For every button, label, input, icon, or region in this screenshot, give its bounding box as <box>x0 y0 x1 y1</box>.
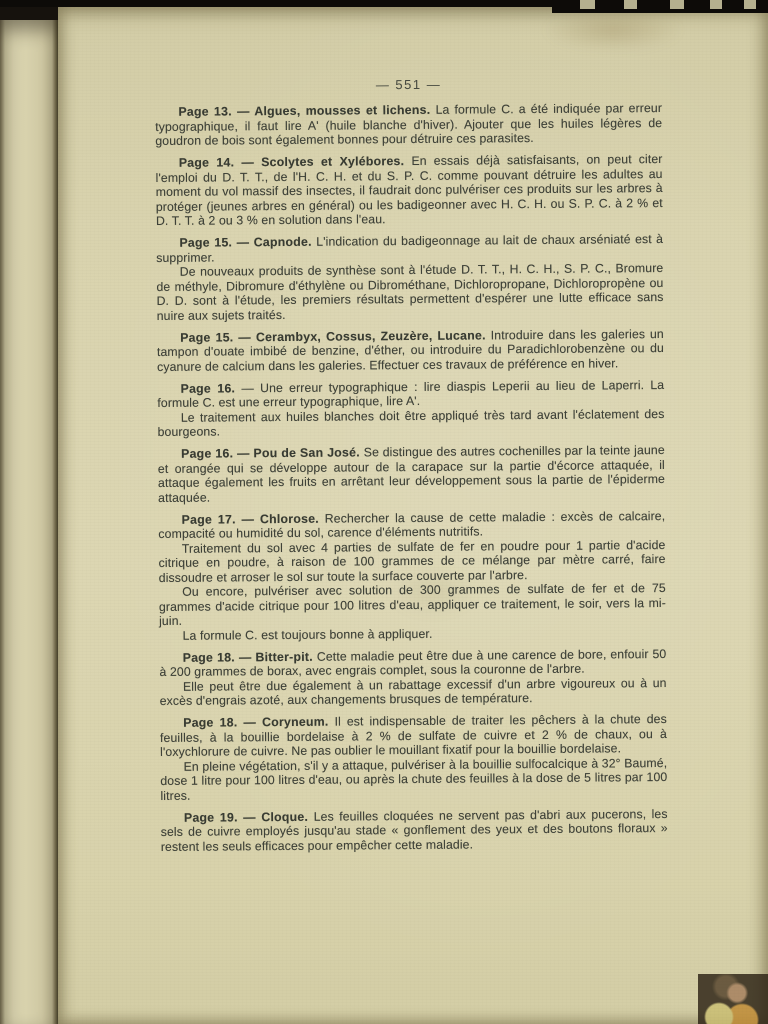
page-edge-notch <box>624 0 637 9</box>
book-page: — 551 — Page 13. — Algues, mousses et li… <box>58 7 768 1024</box>
errata-entry: Page 16. — Pou de San José. Se distingue… <box>158 443 665 505</box>
page-edge-notch <box>744 0 756 9</box>
entry-first-paragraph: Page 13. — Algues, mousses et lichens. L… <box>155 101 662 148</box>
entry-page-label: Page 19. — Cloque. <box>184 809 314 824</box>
errata-entry: Page 19. — Cloque. Les feuilles cloquées… <box>161 806 668 853</box>
page-edge-notch <box>580 0 595 9</box>
errata-entry: Page 15. — Cerambyx, Cossus, Zeuzère, Lu… <box>157 327 664 374</box>
errata-entry: Page 18. — Coryneum. Il est indispensabl… <box>160 712 668 803</box>
entry-first-paragraph: Page 15. — Cerambyx, Cossus, Zeuzère, Lu… <box>157 327 664 374</box>
entry-page-label: Page 14. — Scolytes et Xylébores. <box>179 154 412 170</box>
entry-page-label: Page 16. — Pou de San José. <box>181 445 364 460</box>
entry-page-label: Page 18. — Coryneum. <box>183 715 334 730</box>
page-edge-notch <box>710 0 722 9</box>
entry-page-label: Page 17. — Chlorose. <box>182 511 325 526</box>
entry-paragraph: Le traitement aux huiles blanches doit ê… <box>157 406 664 439</box>
entry-first-paragraph: Page 17. — Chlorose. Rechercher la cause… <box>158 508 665 541</box>
entry-paragraph: De nouveaux produits de synthèse sont à … <box>156 261 663 323</box>
entry-page-label: Page 13. — Algues, mousses et lichens. <box>178 103 435 119</box>
errata-entry: Page 18. — Bitter-pit. Cette maladie peu… <box>159 646 666 708</box>
errata-entry: Page 14. — Scolytes et Xylébores. En ess… <box>155 152 663 228</box>
page-content: Page 13. — Algues, mousses et lichens. L… <box>155 101 668 861</box>
errata-entry: Page 13. — Algues, mousses et lichens. L… <box>155 101 662 148</box>
page-number: — 551 — <box>155 75 662 94</box>
errata-entry: Page 16. — Une erreur typographique : li… <box>157 378 664 440</box>
entry-page-label: Page 15. — Capnode. <box>179 235 316 250</box>
entry-paragraph: En pleine végétation, s'il y a attaque, … <box>160 755 667 802</box>
entry-paragraph: Traitement du sol avec 4 parties de sulf… <box>158 537 665 584</box>
entry-first-paragraph: Page 18. — Bitter-pit. Cette maladie peu… <box>159 646 666 679</box>
entry-first-paragraph: Page 18. — Coryneum. Il est indispensabl… <box>160 712 667 759</box>
entry-paragraph: Ou encore, pulvériser avec solution de 3… <box>159 581 666 628</box>
fruit-photo-inset <box>698 974 768 1024</box>
photo-dark-background-top-right <box>552 0 768 13</box>
entry-first-paragraph: Page 19. — Cloque. Les feuilles cloquées… <box>161 806 668 853</box>
entry-page-label: Page 16. <box>181 381 242 395</box>
errata-entry: Page 17. — Chlorose. Rechercher la cause… <box>158 508 666 642</box>
errata-entry: Page 15. — Capnode. L'indication du badi… <box>156 232 664 323</box>
entry-page-label: Page 18. — Bitter-pit. <box>183 649 317 664</box>
entry-paragraph: Elle peut être due également à un rabatt… <box>160 675 667 708</box>
entry-first-paragraph: Page 15. — Capnode. L'indication du badi… <box>156 232 663 265</box>
paper-stain <box>543 9 683 51</box>
book-fore-edge-pages <box>0 20 58 1024</box>
page-edge-notch <box>670 0 684 9</box>
scanned-book-photo: — 551 — Page 13. — Algues, mousses et li… <box>0 0 768 1024</box>
entry-paragraph: La formule C. est toujours bonne à appli… <box>159 624 666 642</box>
entry-first-paragraph: Page 14. — Scolytes et Xylébores. En ess… <box>155 152 663 228</box>
entry-first-paragraph: Page 16. — Une erreur typographique : li… <box>157 378 664 411</box>
entry-first-paragraph: Page 16. — Pou de San José. Se distingue… <box>158 443 665 505</box>
entry-page-label: Page 15. — Cerambyx, Cossus, Zeuzère, Lu… <box>180 328 491 344</box>
